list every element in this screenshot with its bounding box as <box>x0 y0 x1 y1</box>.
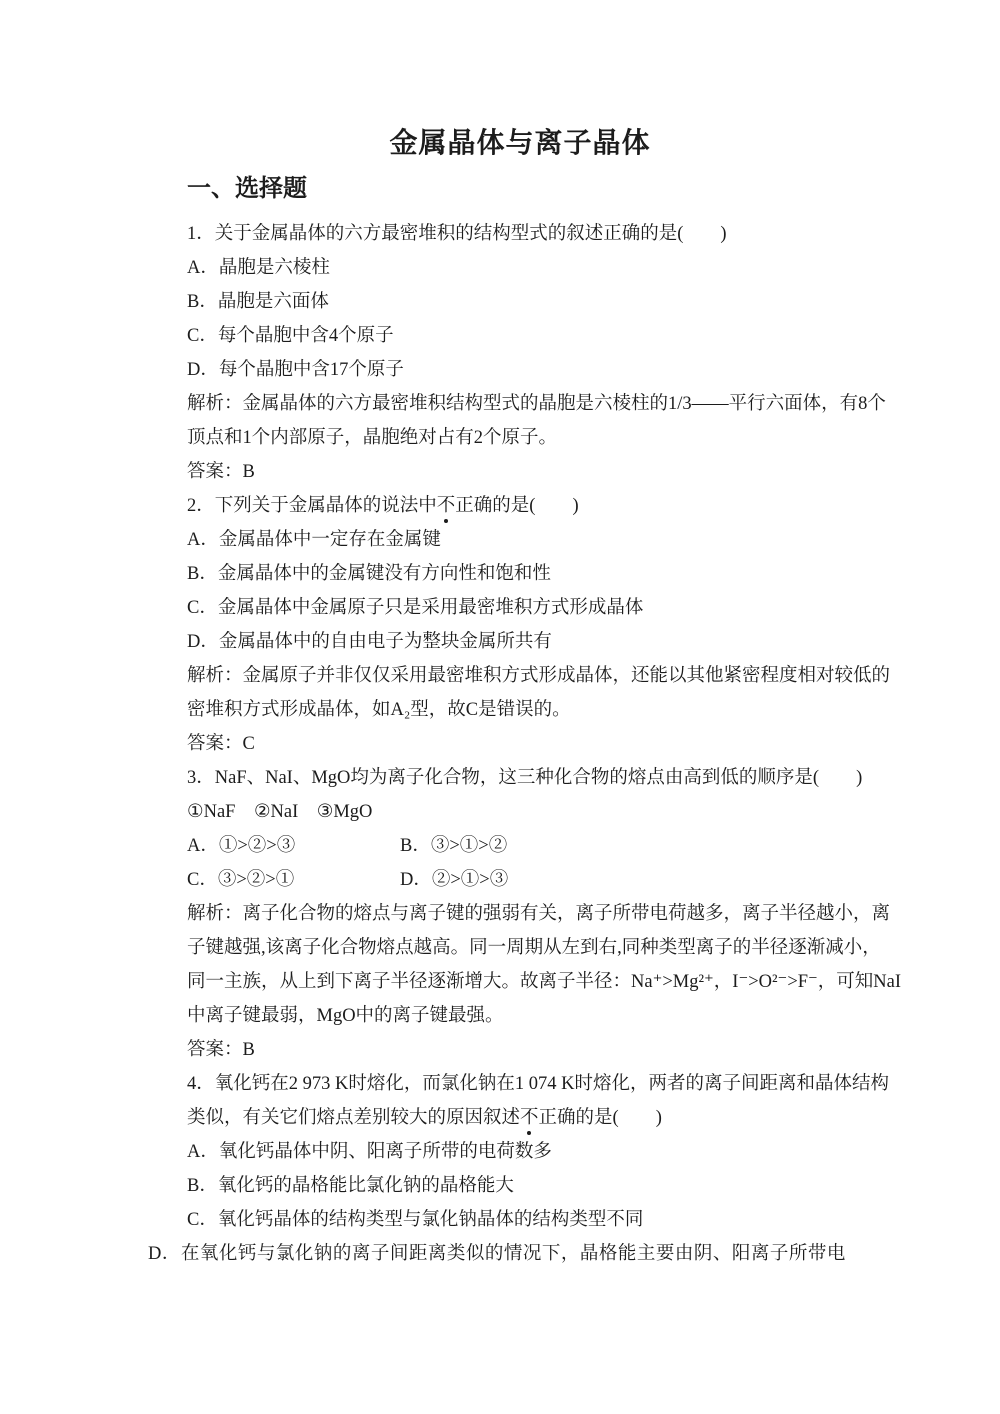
question-4-option-c: C．氧化钙晶体的结构类型与氯化钠晶体的结构类型不同 <box>187 1203 853 1237</box>
question-3-stem: 3．NaF、NaI、MgO均为离子化合物，这三种化合物的熔点由高到低的顺序是( … <box>187 761 853 795</box>
question-3-option-c: C．③>②>① <box>187 863 400 897</box>
question-1-option-a: A．晶胞是六棱柱 <box>187 251 853 285</box>
question-3-items: ①NaF ②NaI ③MgO <box>187 795 853 829</box>
question-2-option-d: D．金属晶体中的自由电子为整块金属所共有 <box>187 625 853 659</box>
question-4-option-a: A．氧化钙晶体中阴、阳离子所带的电荷数多 <box>187 1135 853 1169</box>
question-1-analysis-line-1: 解析：金属晶体的六方最密堆积结构型式的晶胞是六棱柱的1/3——平行六面体，有8个 <box>187 387 853 421</box>
question-2-analysis-line-1: 解析：金属原子并非仅仅采用最密堆积方式形成晶体，还能以其他紧密程度相对较低的 <box>187 659 853 693</box>
question-1-stem: 1．关于金属晶体的六方最密堆积的结构型式的叙述正确的是( ) <box>187 217 853 251</box>
question-1-option-c: C．每个晶胞中含4个原子 <box>187 319 853 353</box>
question-3-option-row-1: A．①>②>③B．③>①>② <box>187 829 853 863</box>
question-3-option-a: A．①>②>③ <box>187 829 400 863</box>
document-title: 金属晶体与离子晶体 <box>187 0 853 164</box>
question-3: 3．NaF、NaI、MgO均为离子化合物，这三种化合物的熔点由高到低的顺序是( … <box>187 761 853 1067</box>
question-2-option-a: A．金属晶体中一定存在金属键 <box>187 523 853 557</box>
question-3-answer: 答案：B <box>187 1033 853 1067</box>
section-heading: 一、选择题 <box>187 172 853 206</box>
question-3-analysis-line-2: 子键越强,该离子化合物熔点越高。同一周期从左到右,同种类型离子的半径逐渐减小， <box>187 931 853 965</box>
question-2-analysis-line-2: 密堆积方式形成晶体，如A₂型，故C是错误的。 <box>187 693 853 727</box>
question-2-option-c: C．金属晶体中金属原子只是采用最密堆积方式形成晶体 <box>187 591 853 625</box>
document-content: 金属晶体与离子晶体 一、选择题 1．关于金属晶体的六方最密堆积的结构型式的叙述正… <box>187 0 853 1271</box>
question-2-stem: 2．下列关于金属晶体的说法中不正确的是( ) <box>187 489 853 523</box>
question-4-stem-post: 正确的是( ) <box>539 1108 662 1128</box>
document-page: 金属晶体与离子晶体 一、选择题 1．关于金属晶体的六方最密堆积的结构型式的叙述正… <box>0 0 1000 1414</box>
question-4-stem-pre: 类似，有关它们熔点差别较大的原因叙述 <box>187 1108 520 1128</box>
question-4-option-b: B．氧化钙的晶格能比氯化钠的晶格能大 <box>187 1169 853 1203</box>
question-2-option-b: B．金属晶体中的金属键没有方向性和饱和性 <box>187 557 853 591</box>
question-1-option-d: D．每个晶胞中含17个原子 <box>187 353 853 387</box>
document-body: 1．关于金属晶体的六方最密堆积的结构型式的叙述正确的是( ) A．晶胞是六棱柱 … <box>187 217 853 1271</box>
question-3-option-row-2: C．③>②>①D．②>①>③ <box>187 863 853 897</box>
question-2-stem-emphasis: 不 <box>437 497 456 516</box>
question-2-stem-post: 正确的是( ) <box>455 496 578 516</box>
question-1-analysis-line-2: 顶点和1个内部原子，晶胞绝对占有2个原子。 <box>187 421 853 455</box>
question-4: 4．氧化钙在2 973 K时熔化，而氯化钠在1 074 K时熔化，两者的离子间距… <box>187 1067 853 1271</box>
question-4-stem-line-2: 类似，有关它们熔点差别较大的原因叙述不正确的是( ) <box>187 1101 853 1135</box>
question-1: 1．关于金属晶体的六方最密堆积的结构型式的叙述正确的是( ) A．晶胞是六棱柱 … <box>187 217 853 489</box>
question-3-option-b: B．③>①>② <box>400 836 507 856</box>
question-2-answer: 答案：C <box>187 727 853 761</box>
question-4-stem-emphasis: 不 <box>520 1109 539 1128</box>
question-1-option-b: B．晶胞是六面体 <box>187 285 853 319</box>
question-4-option-d: D．在氧化钙与氯化钠的离子间距离类似的情况下，晶格能主要由阴、阳离子所带电 <box>148 1237 853 1271</box>
question-3-analysis-line-4: 中离子键最弱，MgO中的离子键最强。 <box>187 999 853 1033</box>
question-2-stem-pre: 2．下列关于金属晶体的说法中 <box>187 496 437 516</box>
question-3-analysis-line-3: 同一主族，从上到下离子半径逐渐增大。故离子半径：Na⁺>Mg²⁺，I⁻>O²⁻>… <box>187 965 853 999</box>
question-2: 2．下列关于金属晶体的说法中不正确的是( ) A．金属晶体中一定存在金属键 B．… <box>187 489 853 761</box>
question-4-stem-line-1: 4．氧化钙在2 973 K时熔化，而氯化钠在1 074 K时熔化，两者的离子间距… <box>187 1067 853 1101</box>
question-3-option-d: D．②>①>③ <box>400 870 508 890</box>
question-3-analysis-line-1: 解析：离子化合物的熔点与离子键的强弱有关，离子所带电荷越多，离子半径越小，离 <box>187 897 853 931</box>
question-1-answer: 答案：B <box>187 455 853 489</box>
